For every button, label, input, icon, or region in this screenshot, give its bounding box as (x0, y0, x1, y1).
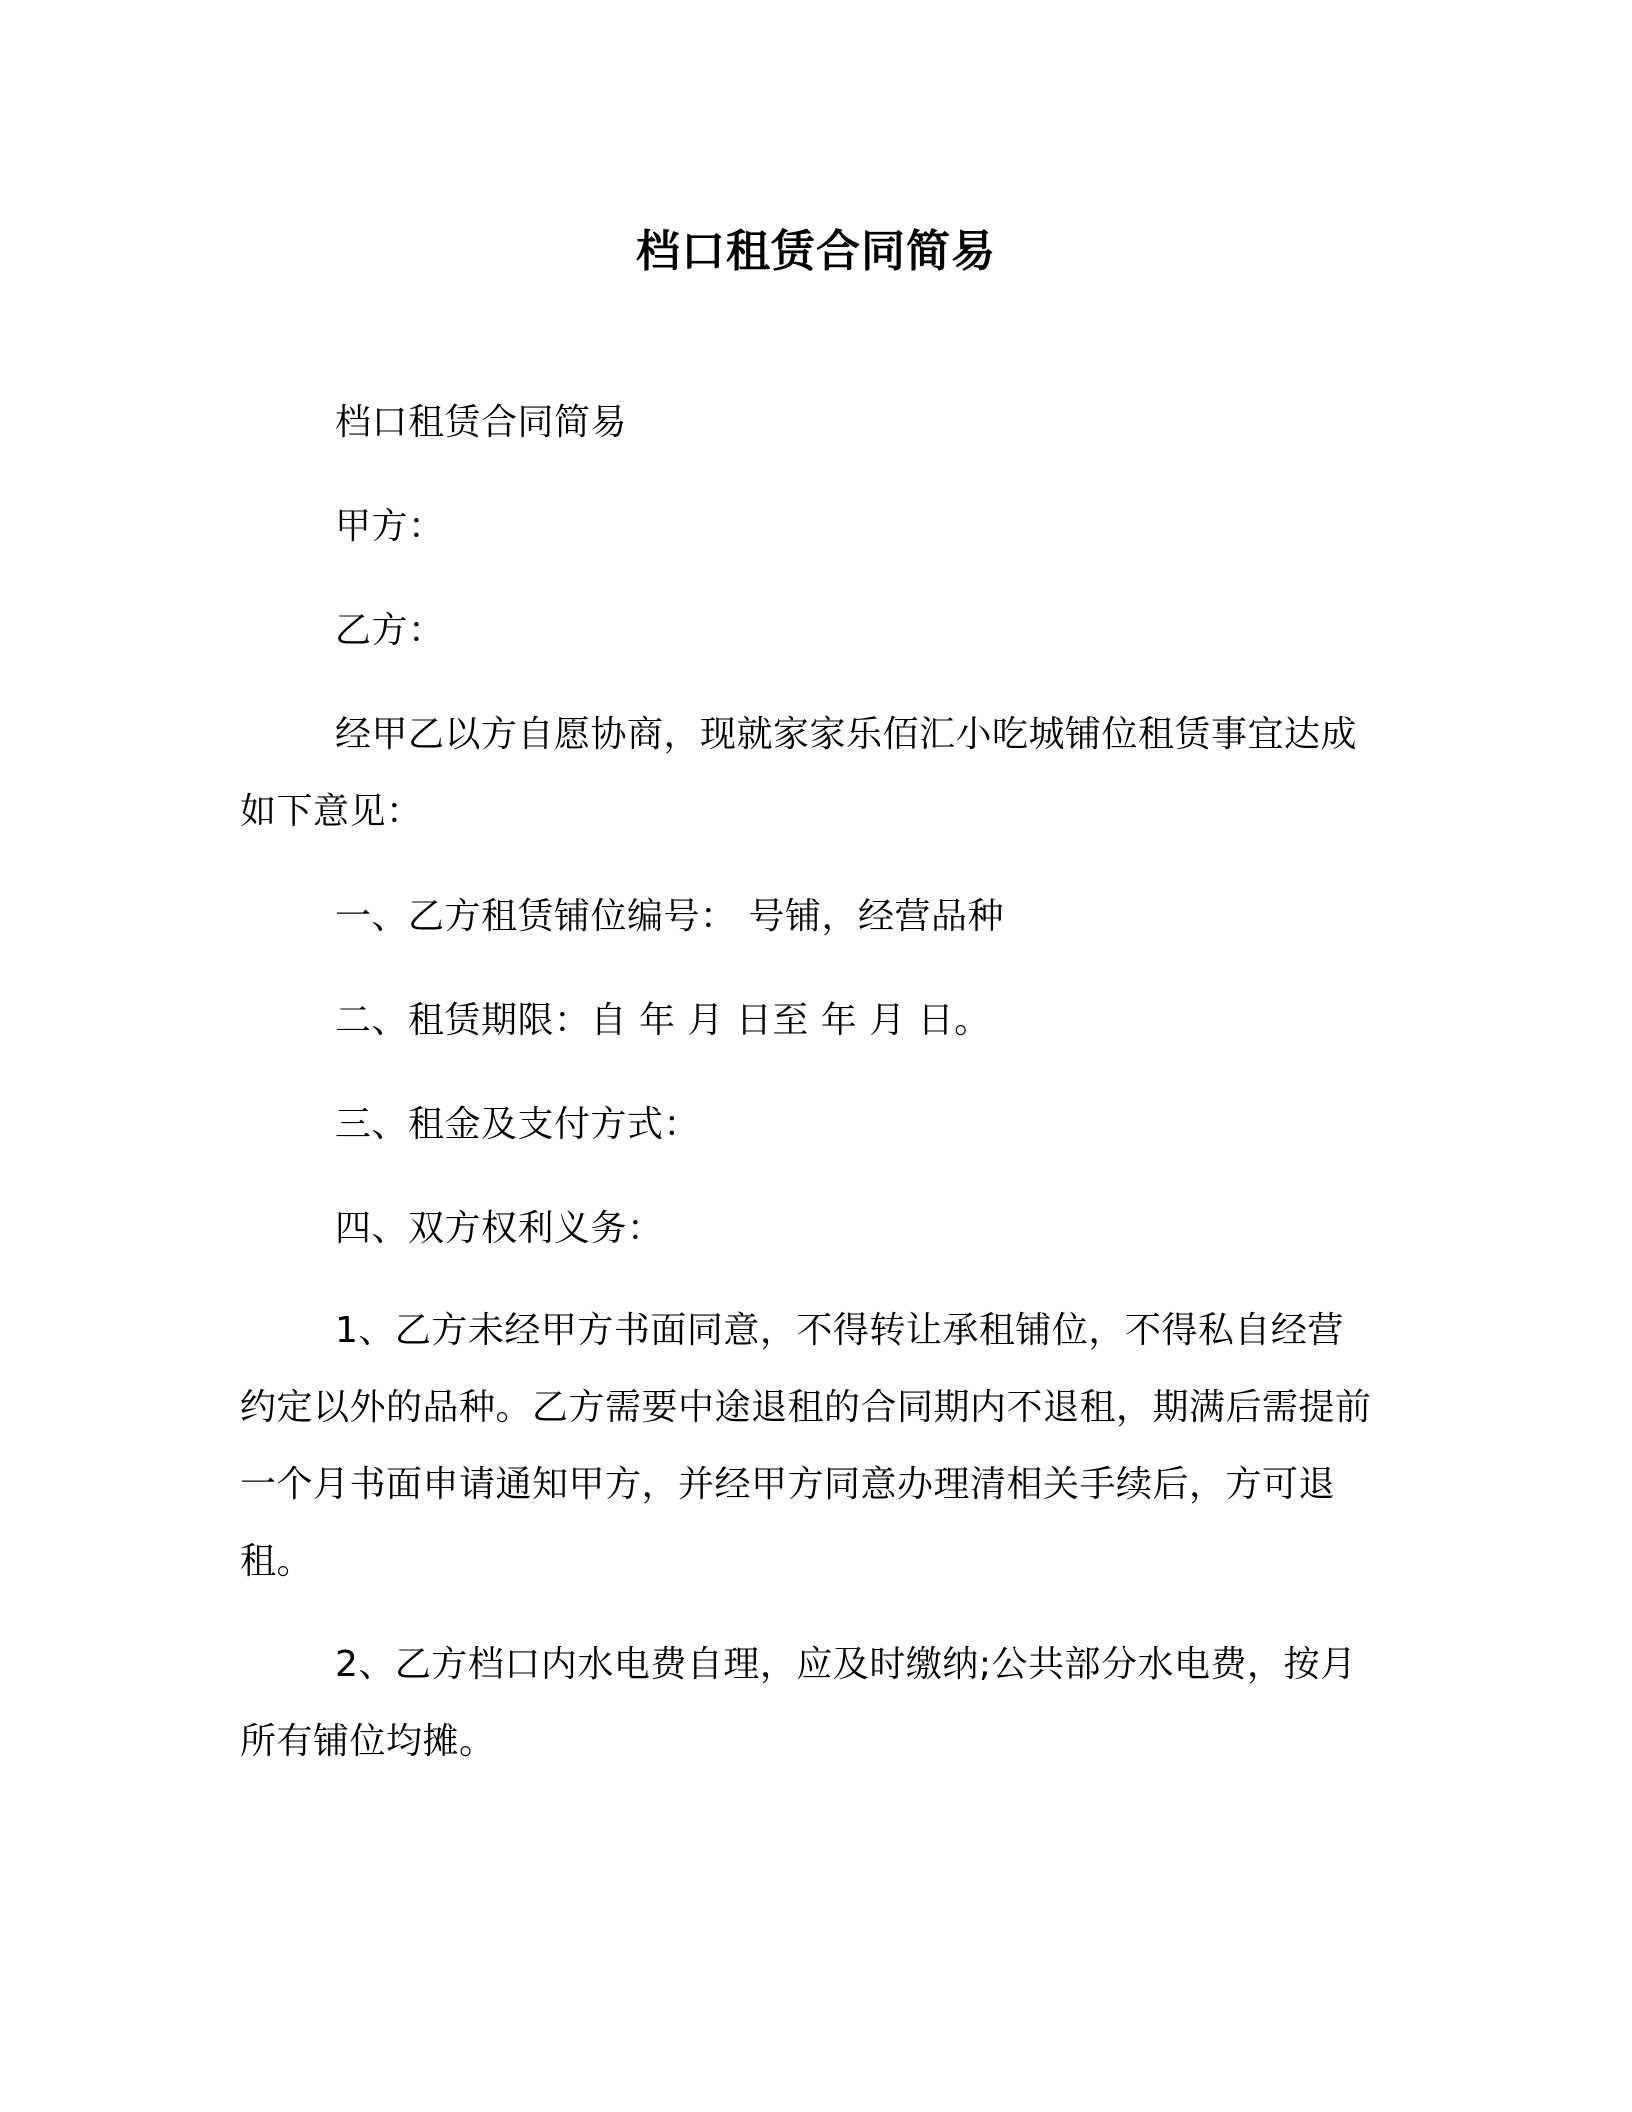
document-title: 档口租赁合同简易 (0, 222, 1632, 282)
clause-3-rent-payment: 三、租金及支付方式： (240, 1086, 1380, 1163)
clause-4-rights-obligations: 四、双方权利义务： (240, 1190, 1380, 1267)
paragraph-subtitle: 档口租赁合同简易 (240, 384, 1380, 461)
paragraph-preamble: 经甲乙以方自愿协商，现就家家乐佰汇小吃城铺位租赁事宜达成如下意见： (240, 696, 1380, 850)
clause-2-lease-term: 二、租赁期限：自 年 月 日至 年 月 日。 (240, 982, 1380, 1059)
document-page: 档口租赁合同简易 档口租赁合同简易 甲方： 乙方： 经甲乙以方自愿协商，现就家家… (0, 0, 1632, 2112)
obligation-item-2: 2、乙方档口内水电费自理，应及时缴纳;公共部分水电费，按月所有铺位均摊。 (240, 1626, 1380, 1780)
paragraph-party-b: 乙方： (240, 592, 1380, 669)
clause-1-stall-number: 一、乙方租赁铺位编号： 号铺，经营品种 (240, 878, 1380, 955)
obligation-item-1: 1、乙方未经甲方书面同意，不得转让承租铺位，不得私自经营约定以外的品种。乙方需要… (240, 1292, 1380, 1600)
paragraph-party-a: 甲方： (240, 488, 1380, 565)
